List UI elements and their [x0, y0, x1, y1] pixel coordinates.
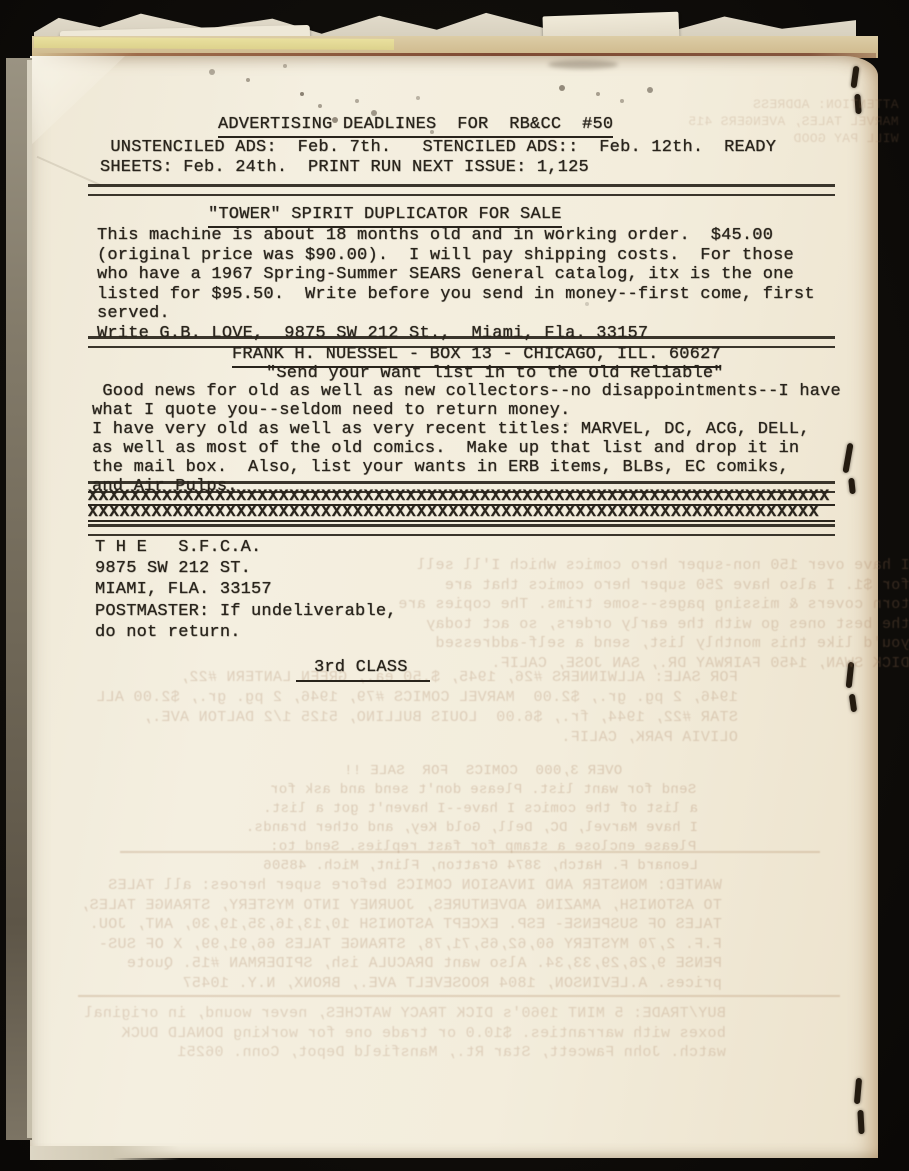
return-address: T H E S.F.C.A. 9875 SW 212 ST. MIAMI, FL… — [95, 537, 272, 600]
tower-ad-text: This machine is about 18 months old and … — [97, 226, 815, 343]
ink-smudge — [548, 60, 618, 69]
deadlines-heading: ADVERTISING DEADLINES FOR RB&CC #50 — [218, 115, 613, 138]
nuessel-ad-subtitle: "Send your want list in to the Old Relia… — [266, 364, 724, 384]
bleedthrough-rule — [120, 851, 820, 853]
x-band-bottom-rule — [88, 524, 835, 536]
postmaster-note: POSTMASTER: If undeliverable, do not ret… — [95, 601, 397, 643]
page-stack-bottom-edge — [30, 1146, 180, 1160]
mailing-class: 3rd CLASS — [296, 658, 430, 682]
nuessel-ad-text: Good news for old as well as new collect… — [92, 382, 841, 496]
bleedthrough-rule — [78, 995, 840, 997]
bleedthrough-text: OVER 3,000 COMICS FOR SALE !! Send for w… — [268, 762, 698, 876]
x-filler-row: XXXXXXXXXXXXXXXXXXXXXXXXXXXXXXXXXXXXXXXX… — [88, 489, 835, 506]
section-divider — [88, 184, 835, 196]
bleedthrough-text: BUY/TRADE: 5 MINT 1960's DICK TRACY WATC… — [84, 1004, 726, 1063]
tower-ad-heading: "TOWER" SPIRIT DUPLICATOR FOR SALE — [208, 205, 562, 228]
page-stack-highlight — [27, 60, 32, 1138]
ink-specks — [300, 92, 304, 96]
x-filler-row: XXXXXXXXXXXXXXXXXXXXXXXXXXXXXXXXXXXXXXXX… — [88, 505, 835, 522]
staple — [857, 1110, 864, 1134]
scanned-page-photocopy: ATTENTION: ADDRESS MARVEL TALES, AVENGER… — [0, 0, 909, 1171]
yellow-page-edge — [34, 37, 394, 50]
bleedthrough-text: WANTED: MONSTER AND INVASION COMICS befo… — [80, 876, 722, 993]
bleedthrough-text: I have over 150 non-super hero comics wh… — [398, 556, 909, 673]
deadlines-text: UNSTENCILED ADS: Feb. 7th. STENCILED ADS… — [100, 138, 776, 178]
